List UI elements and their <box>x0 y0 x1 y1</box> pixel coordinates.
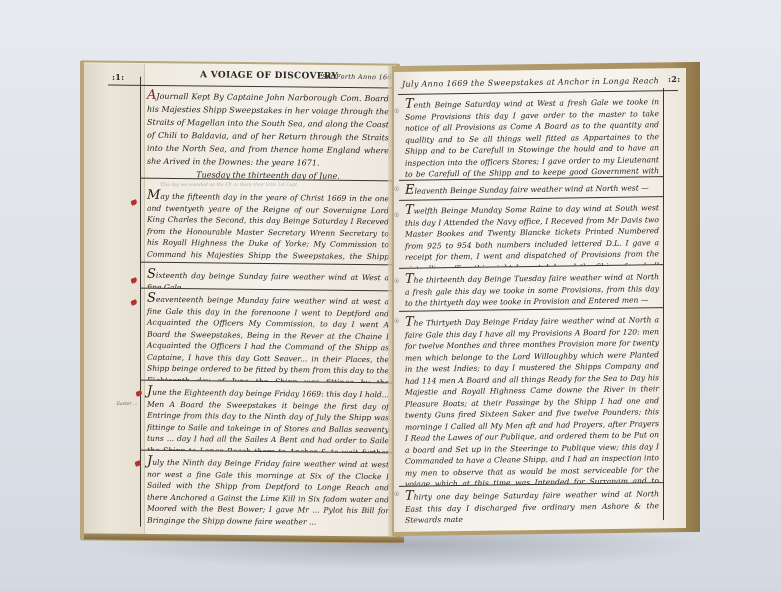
entry-text: he thirteenth day Beinge Tuesday faire w… <box>405 272 659 308</box>
open-manuscript-book: :1: A VOIAGE OF DISCOVERY Set Forth Anno… <box>0 0 781 591</box>
journal-entry-may-15: May the fifteenth day in the yeare of Ch… <box>141 188 393 266</box>
entry-text: eaventeenth beinge Munday faire weather … <box>147 295 389 383</box>
entry-text: hirty one day beinge Saturday faire weat… <box>405 489 659 523</box>
entry-initial: S <box>147 267 156 282</box>
entry-initial: T <box>405 203 414 218</box>
journal-entry-thirty-first: Thirty one day beinge Saturday faire wea… <box>399 485 663 523</box>
journal-entry-july-9: July the Ninth day Beinge Friday faire w… <box>141 454 393 531</box>
journal-entry-june-18: June the Eighteenth day beinge Friday 16… <box>141 384 393 454</box>
entry-text: ixteenth day beinge Sunday faire weather… <box>147 271 389 291</box>
journal-entry-eleventh: Eleaventh Beinge Sunday faire weather wi… <box>399 179 663 201</box>
journal-entry-seventeenth: Seaventeenth beinge Munday faire weather… <box>141 291 393 384</box>
journal-entry-thirtieth: The Thirtyeth Day Beinge Friday faire we… <box>399 311 663 487</box>
journal-entry-twelfth: Twelfth Beinge Munday Some Raine to day … <box>399 199 663 269</box>
entry-initial: M <box>147 188 160 203</box>
entry-initial: T <box>405 272 414 287</box>
journal-title-entry: AJournall Kept By Captaine John Narborou… <box>141 87 393 182</box>
entry-initial: S <box>147 291 156 306</box>
entry-text: une the Eighteenth day beinge Friday 166… <box>147 388 389 454</box>
journal-entry-sixteenth: Sixteenth day beinge Sunday faire weathe… <box>141 267 393 292</box>
journal-entry-tenth: Tenth Beinge Saturday wind at West a fre… <box>399 93 663 181</box>
entry-text: he Thirtyeth Day Beinge Friday faire wea… <box>405 315 659 487</box>
entry-initial: A <box>147 88 156 103</box>
entry-text: enth Beinge Saturday wind at West a fres… <box>405 97 659 181</box>
journal-entry-thirteenth: The thirteenth day Beinge Tuesday faire … <box>399 268 663 312</box>
entry-initial: T <box>405 315 414 330</box>
entry-text: Journall Kept By Captaine John Narboroug… <box>147 92 389 168</box>
entry-text: leaventh Beinge Sunday faire weather win… <box>415 183 649 195</box>
entry-initial: E <box>405 183 415 198</box>
entry-text: welfth Beinge Munday Some Raine to day w… <box>405 203 659 269</box>
entry-text: ay the fifteenth day in the yeare of Chr… <box>147 192 389 265</box>
entry-initial: T <box>405 97 414 112</box>
entry-initial: T <box>405 489 414 504</box>
entry-text: uly the Ninth day Beinge Friday faire we… <box>147 458 389 526</box>
right-folio-number: :2: <box>668 74 680 84</box>
left-folio-number: :1: <box>112 72 124 82</box>
margin-annotation: Easter ... <box>116 402 138 408</box>
